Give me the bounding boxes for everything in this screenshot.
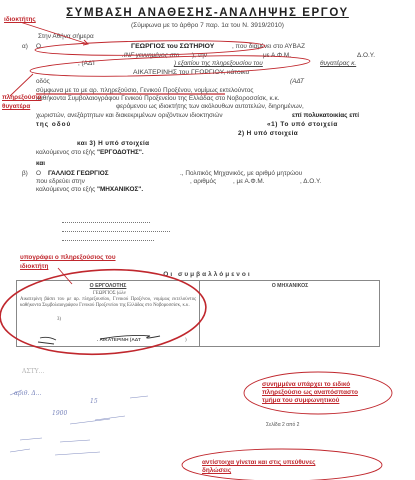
party-a-name: ΓΕΩΡΓΙΟΣ του ΣΩΤΗΡΙΟΥ bbox=[131, 43, 214, 50]
party-b-line2-a: που εδρεύει στην bbox=[36, 178, 85, 185]
annotation-declarations-1: αντίστοιχα γίνεται και στις υπεύθυνες bbox=[202, 459, 352, 467]
and-text: και bbox=[36, 160, 45, 167]
annotation-attached: συνημμένα υπάρχει το ειδικό πληρεξούσιο … bbox=[262, 381, 372, 405]
party-a-line12: και 3) Η υπό στοιχεία bbox=[77, 140, 150, 147]
party-a-line10-a: της οδού bbox=[36, 121, 71, 128]
party-b-called: καλούμενος στο εξής bbox=[36, 186, 97, 193]
annotation-owner: ιδιοκτήτης bbox=[4, 16, 36, 23]
party-a-line9-b: επί πολυκατοικίας επί bbox=[292, 112, 359, 119]
table-header-engineer: Ο ΜΗΧΑΝΙΚΟΣ bbox=[199, 283, 381, 289]
party-b-line3: καλούμενος στο εξής "ΜΗΧΑΝΙΚΟΣ". bbox=[36, 186, 143, 193]
annotation-attached-3: τμήμα του συμφωνητικού bbox=[262, 397, 372, 405]
table-contractor-close: ) bbox=[185, 338, 187, 344]
annotation-signs-2: ιδιοκτήτη bbox=[20, 263, 48, 270]
table-contractor-paren: 3) bbox=[57, 317, 61, 323]
dotted-line-1 bbox=[62, 222, 150, 223]
party-b-prefix: Ο bbox=[36, 170, 41, 177]
party-a-label: α) bbox=[22, 43, 28, 50]
annotation-declarations-2: δηλώσεις bbox=[202, 467, 352, 475]
party-a-line7: καθήκοντα Συμβολαιογράφου Γενικού Προξεν… bbox=[36, 95, 279, 102]
party-a-line1-suffix: , που διαμένει στο ΑΥΒΑΖ bbox=[232, 43, 305, 50]
party-a-line2-b: ), την bbox=[192, 52, 207, 59]
party-a-prefix: Ο bbox=[36, 43, 41, 50]
handwriting-scribbles-icon bbox=[10, 390, 148, 455]
proxy-arrow-icon bbox=[10, 74, 33, 96]
dotted-line-3 bbox=[62, 240, 154, 241]
party-b-name: ΓΑΛΛΙΟΣ ΓΕΩΡΓΙΟΣ bbox=[48, 170, 109, 177]
party-a-line2-c: με Α.Φ.Μ. bbox=[263, 52, 291, 59]
party-a-line9-a: χωριστών, ανεξάρτητων και διακεκριμένων … bbox=[36, 112, 223, 119]
party-a-line2-a: .INF γεννημένος στο bbox=[122, 52, 179, 59]
party-a-line3-c: θυγατέρας κ. bbox=[320, 60, 356, 67]
party-a-line13: καλούμενος στο εξής "ΕΡΓΟΔΟΤΗΣ". bbox=[36, 149, 144, 156]
table-column-divider bbox=[199, 281, 200, 346]
handwritten-note-2: αριθ. Δ... bbox=[14, 390, 41, 397]
party-a-line8: φερόμενου ως ιδιοκτήτης των ακόλουθων αυ… bbox=[116, 103, 304, 110]
party-a-line3-b: ) εξαιτίου της πληρεξουσίου του bbox=[174, 60, 263, 67]
annotation-proxy-1: πληρεξούσια bbox=[2, 94, 42, 101]
document-subtitle: (Σύμφωνα με το άρθρο 7 παρ. 1α του Ν. 39… bbox=[0, 22, 415, 29]
party-b-line1-suffix: ., Πολιτικός Μηχανικός, με αριθμό μητρώο… bbox=[180, 170, 302, 177]
party-a-called: καλούμενος στο εξής bbox=[36, 149, 97, 156]
party-a-line11: 2) Η υπό στοιχεία bbox=[238, 130, 298, 137]
party-a-line3-a: , (ΑΔΤ bbox=[78, 60, 96, 67]
intro-text: Στην Αθήνα σήμερα bbox=[38, 33, 94, 40]
party-a-role: "ΕΡΓΟΔΟΤΗΣ". bbox=[97, 149, 144, 156]
party-b-line2-d: , Δ.Ο.Υ. bbox=[300, 178, 321, 185]
party-b-line2-c: , με Α.Φ.Μ. bbox=[233, 178, 265, 185]
annotation-proxy-2: θυγατέρα bbox=[2, 103, 30, 110]
signatures-table: Ο ΕΡΓΟΛΟΤΗΣ Ο ΜΗΧΑΝΙΚΟΣ ΓΕΩΡΓΙΟΣ (ώλν Αι… bbox=[16, 280, 380, 347]
annotation-signs-1: υπογράφει ο πληρεξούσιος του bbox=[20, 254, 116, 261]
parties-heading: Οι συμβαλλόμενοι bbox=[0, 271, 415, 278]
table-header-contractor: Ο ΕΡΓΟΛΟΤΗΣ bbox=[17, 283, 199, 289]
table-contractor-signature-name: . ΑΙΚΑΤΕΡΙΝΗ (ΑΔΤ bbox=[97, 338, 141, 344]
party-b-line2-b: , αριθμός bbox=[190, 178, 216, 185]
handwritten-note-3: 15 bbox=[90, 398, 98, 405]
handwritten-note-1: ΑΣΤΥ... bbox=[22, 368, 44, 375]
page-footer: Σελίδα 2 από 2 bbox=[266, 422, 299, 428]
party-a-line5-a: οδός bbox=[36, 78, 50, 85]
handwritten-note-4: 1900 bbox=[52, 410, 67, 417]
party-b-label: β) bbox=[22, 170, 28, 177]
dotted-line-2 bbox=[62, 231, 170, 232]
annotation-attached-1: συνημμένα υπάρχει το ειδικό bbox=[262, 381, 372, 389]
party-a-line2-d: Δ.Ο.Υ. bbox=[357, 52, 375, 59]
party-a-line6: σύμφωνα με το με αρ. πληρεξούσιο, Γενικο… bbox=[36, 87, 253, 94]
document-title: ΣΥΜΒΑΣΗ ΑΝΑΘΕΣΗΣ-ΑΝΑΛΗΨΗΣ ΕΡΓΟΥ bbox=[0, 7, 415, 19]
party-a-line5-b: (ΑΔΤ bbox=[290, 78, 304, 85]
annotation-attached-2: πληρεξούσιο ως αναπόσπαστο bbox=[262, 389, 372, 397]
annotation-declarations: αντίστοιχα γίνεται και στις υπεύθυνες δη… bbox=[202, 459, 352, 475]
party-a-line10-b: «1) Το υπό στοιχεία bbox=[267, 121, 338, 128]
party-a-line4: ΑΙΚΑΤΕΡΙΝΗΣ του ΓΕΩΡΓΙΟΥ, κάτοικο bbox=[133, 69, 249, 76]
table-contractor-text: Αικατερίνη βάσει του με αρ. πληρεξουσίου… bbox=[20, 297, 196, 309]
party-b-role: "ΜΗΧΑΝΙΚΟΣ". bbox=[97, 186, 143, 193]
